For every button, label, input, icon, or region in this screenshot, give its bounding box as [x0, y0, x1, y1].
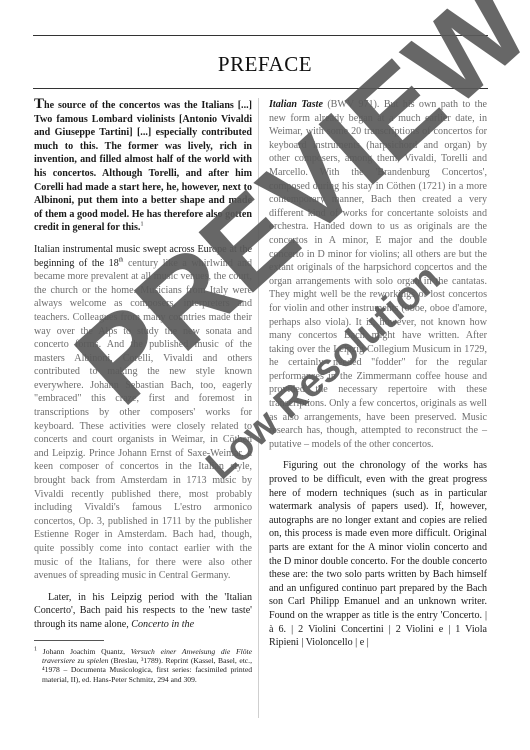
paragraph-quantz-quote: The source of the concertos was the Ital… — [34, 98, 252, 235]
footnote: 1 Johann Joachim Quantz, Versuch einer A… — [34, 647, 252, 685]
footnote-rule — [34, 640, 104, 641]
column-divider — [258, 98, 259, 718]
paragraph-leipzig: Later, in his Leipzig period with the 'I… — [34, 591, 252, 632]
quote-text: he source of the concertos was the Itali… — [34, 100, 252, 233]
paragraph-italian-taste: Italian Taste (BWV 971). But his own pat… — [269, 98, 487, 451]
paragraph-italian-music: Italian instrumental music swept across … — [34, 243, 252, 583]
left-column: The source of the concertos was the Ital… — [34, 98, 252, 684]
paragraph-chronology: Figuring out the chronology of the works… — [269, 459, 487, 649]
top-rule — [33, 35, 488, 36]
drop-cap: T — [34, 96, 44, 112]
right-column: Italian Taste (BWV 971). But his own pat… — [269, 98, 487, 658]
page-title: PREFACE — [0, 52, 530, 77]
footnote-ref: 1 — [140, 222, 143, 228]
title-bottom-rule — [33, 88, 488, 89]
